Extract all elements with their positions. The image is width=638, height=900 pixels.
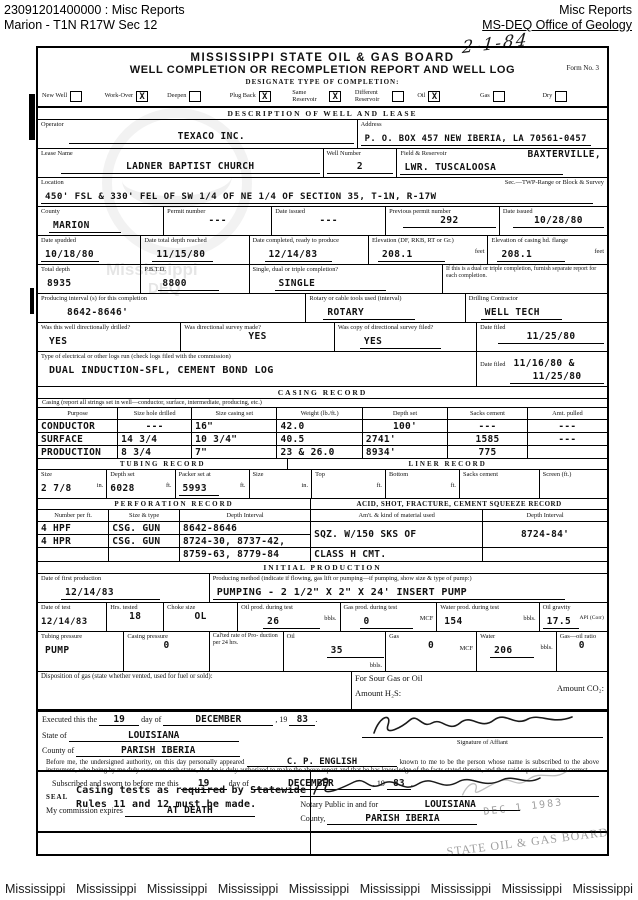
tubing-size-label: Size xyxy=(41,471,103,478)
county-of-label: County of xyxy=(42,746,74,755)
scan-artifact xyxy=(29,94,35,140)
gor-label: Gas—oil ratio xyxy=(560,633,604,640)
choke-value: OL xyxy=(167,611,234,623)
tubing-depth-unit: ft. xyxy=(166,482,172,489)
water-24-label: Water xyxy=(480,633,553,640)
plug-back-checkbox: X xyxy=(259,91,271,102)
contractor-label: Drilling Contractor xyxy=(469,295,604,302)
sour-gas-title: For Sour Gas or Oil xyxy=(355,673,604,683)
pbtd-field: P.B.T.D. 8800 xyxy=(140,265,248,293)
cell-hole: --- xyxy=(118,420,192,433)
cell-sacks: 775 xyxy=(448,446,528,459)
oil-24-unit: bbls. xyxy=(370,662,382,669)
previous-permit-label: Previous permit number xyxy=(389,208,496,215)
squeeze-row: CLASS H CMT. xyxy=(311,548,607,561)
address-value: P. O. BOX 457 NEW IBERIA, LA 70561-0457 xyxy=(361,133,591,146)
squeeze-interval: 8724-84' xyxy=(483,522,607,548)
perf-type: CSG. GUN xyxy=(109,522,180,535)
watermark-word: Mississippi xyxy=(431,882,491,896)
casing-row-conductor: CONDUCTOR --- 16" 42.0 100' --- --- xyxy=(38,420,607,433)
stamp-date: DEC 1 1983 xyxy=(428,791,618,825)
cell-purpose: PRODUCTION xyxy=(38,446,118,459)
form-title-block: MISSISSIPPI STATE OIL & GAS BOARD WELL C… xyxy=(38,48,607,88)
choke-label: Choke size xyxy=(167,604,234,611)
casing-record-table: Purpose Size hole drilled Size casing se… xyxy=(38,408,607,459)
perforation-squeeze-bar: PERFORATION RECORD ACID, SHOT, FRACTURE,… xyxy=(38,499,607,510)
perforation-header-row: Number per ft. Size & type Depth Interva… xyxy=(38,510,310,522)
cell-hole: 14 3/4 xyxy=(118,433,192,446)
section-squeeze-record: ACID, SHOT, FRACTURE, CEMENT SQUEEZE REC… xyxy=(311,499,607,509)
survey-filed-value: YES xyxy=(360,336,441,349)
liner-bottom-unit: ft. xyxy=(451,482,457,489)
dual-completion-note: If this is a dual or triple completion, … xyxy=(442,265,607,293)
elevation-unit: feet xyxy=(475,248,485,255)
first-production-field: Date of first production 12/14/83 xyxy=(38,574,209,602)
casing-row-surface: SURFACE 14 3/4 10 3/4" 40.5 2741' 1585 -… xyxy=(38,433,607,446)
logs-label: Type of electrical or other logs run (ch… xyxy=(41,353,473,360)
liner-size-label: Size xyxy=(253,471,309,478)
liner-screen-label: Screen (ft.) xyxy=(543,471,604,478)
county-of-value: PARISH IBERIA xyxy=(76,745,240,757)
gravity-unit: API (Corr) xyxy=(580,615,604,621)
water-test-label: Water prod. during test xyxy=(440,604,535,611)
perforation-squeeze-tables: Number per ft. Size & type Depth Interva… xyxy=(38,510,607,562)
bottom-watermark-row: Mississippi Mississippi Mississippi Miss… xyxy=(0,882,638,896)
same-reservoir-checkbox: X xyxy=(329,91,341,102)
checkbox-label: New Well xyxy=(42,93,67,100)
liner-sacks-label: Sacks cement xyxy=(463,471,536,478)
water-test-field: Water prod. during test 154 bbls. xyxy=(436,603,538,631)
casing-pressure-value: 0 xyxy=(127,640,205,652)
section-description-of-well: DESCRIPTION OF WELL AND LEASE xyxy=(38,108,607,120)
previous-date-issued-value: 10/28/80 xyxy=(513,215,604,228)
directional-survey-value: YES xyxy=(184,331,331,343)
rate-label: Cal'ted rate of Pro- duction per 24 hrs. xyxy=(213,633,280,647)
cell-sacks: 1585 xyxy=(448,433,528,446)
cell-pulled: --- xyxy=(527,420,607,433)
dry-checkbox xyxy=(555,91,567,102)
tubing-size-unit: in. xyxy=(97,482,104,489)
date-completed-value: 12/14/83 xyxy=(265,249,332,262)
cell-hole: 8 3/4 xyxy=(118,446,192,459)
county-label: County xyxy=(41,208,160,215)
previous-date-issued-label: Date issued xyxy=(503,208,604,215)
casing-col-set: Size casing set xyxy=(192,408,277,420)
survey-date-filed-value: 11/25/80 xyxy=(498,331,604,344)
scanned-document-page: 23091201400000 : Misc Reports Marion - T… xyxy=(0,0,638,900)
survey-filed-label: Was copy of directional survey filed? xyxy=(338,324,473,331)
sour-gas-field: For Sour Gas or Oil Amount H₂S: Amount C… xyxy=(351,672,607,709)
perf-interval: 8759-63, 8779-84 xyxy=(179,548,310,561)
liner-bottom-label: Bottom xyxy=(389,471,456,478)
elevation-casing-unit: feet xyxy=(594,248,604,255)
squeeze-interval xyxy=(483,548,607,561)
date-td-value: 11/15/80 xyxy=(152,249,213,262)
hrs-tested-label: Hrs. tested xyxy=(110,604,160,611)
casing-row-production: PRODUCTION 8 3/4 7" 23 & 26.0 8934' 775 xyxy=(38,446,607,459)
squeeze-material: CLASS H CMT. xyxy=(311,548,483,561)
test-date-field: Date of test 12/14/83 xyxy=(38,603,106,631)
location-row: LocationSec.—TWP-Range or Block & Survey… xyxy=(38,178,607,207)
different-reservoir-checkbox xyxy=(392,91,404,102)
affiant-signature xyxy=(368,711,578,741)
producing-method-label: Producing method (indicate if flowing, g… xyxy=(213,575,604,582)
gor-value: 0 xyxy=(560,640,604,652)
section-initial-production: INITIAL PRODUCTION xyxy=(38,562,607,574)
tools-field: Rotary or cable tools used (interval) RO… xyxy=(305,294,464,322)
operator-field: Operator TEXACO INC. xyxy=(38,120,357,148)
cell-pulled: --- xyxy=(527,433,607,446)
well-number-field: Well Number 2 xyxy=(323,149,397,177)
cell-sacks: --- xyxy=(448,420,528,433)
perf-number: 4 HPR xyxy=(38,535,109,548)
county-value: MARION xyxy=(49,220,121,233)
report-type: Misc Reports xyxy=(482,3,632,18)
section-liner-record: LINER RECORD xyxy=(288,459,607,469)
pbtd-label: P.B.T.D. xyxy=(144,266,245,273)
date-spudded-value: 10/18/80 xyxy=(41,249,99,262)
liner-screen-field: Screen (ft.) xyxy=(539,470,607,498)
elevation-value: 208.1 xyxy=(378,249,445,262)
cell-purpose: SURFACE xyxy=(38,433,118,446)
oil-test-value: 26 xyxy=(263,616,320,629)
county-line: County of PARISH IBERIA xyxy=(42,745,362,757)
first-production-value: 12/14/83 xyxy=(61,587,160,600)
county-field: County MARION xyxy=(38,207,163,235)
casing-pressure-field: Casing pressure 0 xyxy=(123,632,208,671)
state-line: State of LOUISIANA xyxy=(42,730,362,742)
elevation-casing-field: Elevation of casing hd. flange 208.1 fee… xyxy=(487,236,606,264)
producing-interval-label: Producing interval (s) for this completi… xyxy=(41,295,302,302)
casing-header-row: Purpose Size hole drilled Size casing se… xyxy=(38,408,607,420)
operator-label: Operator xyxy=(41,121,354,128)
contractor-field: Drilling Contractor WELL TECH xyxy=(465,294,607,322)
pressure-row: Tubing pressure PUMP Casing pressure 0 C… xyxy=(38,632,607,672)
date-issued-label: Date issued xyxy=(275,208,382,215)
checkbox-label: Dry xyxy=(543,93,553,100)
logs-field: Type of electrical or other logs run (ch… xyxy=(38,352,476,386)
executed-line: Executed this the 19 day of DECEMBER , 1… xyxy=(42,714,362,726)
squeeze-col-interval: Depth Interval xyxy=(483,510,607,522)
deepen-checkbox xyxy=(189,91,201,102)
total-depth-row: Total depth 8935 P.B.T.D. 8800 Single, d… xyxy=(38,265,607,294)
executed-year: 83 xyxy=(289,714,315,726)
oil-test-field: Oil prod. during test 26 bbls. xyxy=(237,603,339,631)
gravity-label: Oil gravity xyxy=(543,604,604,611)
test-date-label: Date of test xyxy=(41,604,103,611)
checkbox-label: Oil xyxy=(417,93,425,100)
first-production-row: Date of first production 12/14/83 Produc… xyxy=(38,574,607,603)
perf-type xyxy=(109,548,180,561)
casing-col-hole: Size hole drilled xyxy=(118,408,192,420)
directionally-drilled-value: YES xyxy=(49,336,67,348)
tubing-size-value: 2 7/8 xyxy=(41,483,72,495)
checkbox-group-plug-back: Plug Back X xyxy=(230,91,291,102)
field-value-line2: LWR. TUSCALOOSA xyxy=(400,162,563,175)
hrs-tested-field: Hrs. tested 18 xyxy=(106,603,163,631)
packer-label: Packer set at xyxy=(179,471,246,478)
operator-value: TEXACO INC. xyxy=(69,131,354,144)
viewer-header-right: Misc Reports MS-DEQ Office of Geology xyxy=(482,3,632,33)
cell-depth: 100' xyxy=(362,420,447,433)
gas-test-field: Gas prod. during test 0 MCF xyxy=(340,603,437,631)
checkbox-group-different-reservoir: Different Reservoir xyxy=(355,90,416,103)
completion-type-label: Single, dual or triple completion? xyxy=(253,266,439,273)
packer-value: 5993 xyxy=(179,483,219,496)
oil-24-field: Oil 35 bbls. xyxy=(283,632,385,671)
cell-depth: 2741' xyxy=(362,433,447,446)
survey-label: Sec.—TWP-Range or Block & Survey xyxy=(505,179,604,186)
cell-weight: 23 & 26.0 xyxy=(277,446,362,459)
cell-weight: 40.5 xyxy=(277,433,362,446)
permit-number-label: Permit number xyxy=(167,208,268,215)
water-24-field: Water 206 bbls. xyxy=(476,632,556,671)
gor-field: Gas—oil ratio 0 xyxy=(556,632,607,671)
watermark-word: Mississippi xyxy=(573,882,633,896)
gravity-field: Oil gravity 17.5 API (Corr) xyxy=(539,603,607,631)
directionally-drilled-field: Was this well directionally drilled? YES xyxy=(38,323,180,351)
permit-number-value: --- xyxy=(167,215,268,227)
checkbox-label: Same Reservoir xyxy=(292,90,326,103)
perf-interval: 8642-8646 xyxy=(179,522,310,535)
gravity-value: 17.5 xyxy=(543,616,580,629)
executed-yr-pre: , 19 xyxy=(275,715,287,724)
watermark-word: Mississippi xyxy=(289,882,349,896)
address-label: Address xyxy=(361,121,604,128)
perforation-table: Number per ft. Size & type Depth Interva… xyxy=(38,510,311,561)
stamp-board-name: STATE OIL & GAS BOARD xyxy=(432,823,622,861)
survey-date-filed-label: Date filed xyxy=(480,324,604,331)
directionally-drilled-label: Was this well directionally drilled? xyxy=(41,324,177,331)
checkbox-label: Deepen xyxy=(167,93,186,100)
water-24-value: 206 xyxy=(490,645,534,658)
completion-type-value: SINGLE xyxy=(275,278,387,291)
casing-col-purpose: Purpose xyxy=(38,408,118,420)
total-depth-label: Total depth xyxy=(41,266,137,273)
first-production-label: Date of first production xyxy=(41,575,206,582)
well-number-label: Well Number xyxy=(327,150,394,157)
section-perforation-record: PERFORATION RECORD xyxy=(38,499,311,509)
casing-col-sacks: Sacks cement xyxy=(448,408,528,420)
casing-tests-note: Casing tests as required by Statewide Ru… xyxy=(38,772,311,854)
checkbox-label: Gas xyxy=(480,93,490,100)
logs-date-filed-value2: 11/25/80 xyxy=(510,371,604,384)
gas-test-unit: MCF xyxy=(420,615,434,622)
liner-size-unit: in. xyxy=(302,482,309,489)
logs-value: DUAL INDUCTION-SFL, CEMENT BOND LOG xyxy=(49,365,274,377)
survey-filed-field: Was copy of directional survey filed? YE… xyxy=(334,323,476,351)
affidavit-para-pre: Before me, the undersigned authority, on… xyxy=(46,759,244,766)
cell-set: 7" xyxy=(192,446,277,459)
date-td-field: Date total depth reached 11/15/80 xyxy=(140,236,248,264)
oil-test-unit: bbls. xyxy=(324,615,336,622)
completion-type-field: Single, dual or triple completion? SINGL… xyxy=(249,265,442,293)
previous-permit-field: Previous permit number 292 xyxy=(385,207,499,235)
tubing-liner-bar: TUBING RECORD LINER RECORD xyxy=(38,459,607,470)
execution-block: Executed this the 19 day of DECEMBER , 1… xyxy=(42,714,362,757)
form-number: Form No. 3 xyxy=(567,64,599,72)
test-row: Date of test 12/14/83 Hrs. tested 18 Cho… xyxy=(38,603,607,632)
viewer-header-left: 23091201400000 : Misc Reports Marion - T… xyxy=(4,3,185,33)
well-completion-form: MISSISSIPPI STATE OIL & GAS BOARD WELL C… xyxy=(36,46,609,833)
elevation-label: Elevation (DF, RKB, RT or Gr.) xyxy=(372,237,484,244)
office-name: MS-DEQ Office of Geology xyxy=(482,18,632,33)
water-test-value: 154 xyxy=(444,616,462,628)
elevation-field: Elevation (DF, RKB, RT or Gr.) 208.1 fee… xyxy=(368,236,487,264)
checkbox-group-new-well: New Well xyxy=(42,91,103,102)
producing-interval-value: 8642-8646' xyxy=(67,307,128,319)
tools-label: Rotary or cable tools used (interval) xyxy=(309,295,461,302)
oil-checkbox: X xyxy=(428,91,440,102)
elevation-casing-label: Elevation of casing hd. flange xyxy=(491,237,603,244)
note-line1: Casing tests as required by Statewide xyxy=(76,784,310,798)
logs-date-filed-field: Date filed 11/16/80 & 11/25/80 xyxy=(476,352,607,386)
disposition-label: Disposition of gas (state whether vented… xyxy=(41,673,348,680)
executed-day: 19 xyxy=(99,714,139,726)
form-title-line2: WELL COMPLETION OR RECOMPLETION REPORT A… xyxy=(38,64,607,76)
checkbox-group-work-over: Work-Over X xyxy=(105,91,166,102)
lease-row: Lease Name LADNER BAPTIST CHURCH Well Nu… xyxy=(38,149,607,178)
date-td-label: Date total depth reached xyxy=(144,237,245,244)
affiant-signature-line xyxy=(362,714,603,738)
cell-set: 10 3/4" xyxy=(192,433,277,446)
document-id: 23091201400000 : Misc Reports xyxy=(4,3,185,18)
perf-col-interval: Depth Interval xyxy=(179,510,310,522)
watermark-word: Mississippi xyxy=(360,882,420,896)
liner-top-label: Top xyxy=(315,471,382,478)
total-depth-value: 8935 xyxy=(47,278,71,290)
executed-pre: Executed this the xyxy=(42,715,97,724)
county-permit-row: County MARION Permit number --- Date iss… xyxy=(38,207,607,236)
casing-col-pulled: Amt. pulled xyxy=(527,408,607,420)
tubing-pressure-field: Tubing pressure PUMP xyxy=(38,632,123,671)
date-completed-field: Date completed, ready to produce 12/14/8… xyxy=(249,236,368,264)
checkbox-label: Different Reservoir xyxy=(355,90,389,103)
squeeze-material: SQZ. W/150 SKS OF xyxy=(311,522,483,548)
gas-checkbox xyxy=(493,91,505,102)
watermark-word: Mississippi xyxy=(218,882,278,896)
h2s-label: Amount H₂S: xyxy=(355,688,401,698)
gas-test-label: Gas prod. during test xyxy=(344,604,434,611)
packer-unit: ft. xyxy=(240,482,246,489)
checkbox-group-dry: Dry xyxy=(543,91,604,102)
perforation-row: 8759-63, 8779-84 xyxy=(38,548,310,561)
packer-field: Packer set at 5993 ft. xyxy=(175,470,249,498)
permit-number-field: Permit number --- xyxy=(163,207,271,235)
affiant-signature-block: Signature of Affiant xyxy=(362,714,603,757)
water-24-unit: bbls. xyxy=(540,644,552,651)
watermark-word: Mississippi xyxy=(502,882,562,896)
directional-survey-label: Was directional survey made? xyxy=(184,324,331,331)
stamp-scrawl xyxy=(454,764,576,804)
viewer-header: 23091201400000 : Misc Reports Marion - T… xyxy=(0,0,638,33)
casing-col-weight: Weight (lb./ft.) xyxy=(277,408,362,420)
squeeze-table: Am't. & kind of material used Depth Inte… xyxy=(311,510,607,561)
checkbox-label: Work-Over xyxy=(105,93,134,100)
tubing-depth-field: Depth set 6028 ft. xyxy=(106,470,174,498)
test-date-value: 12/14/83 xyxy=(41,616,88,628)
cell-depth: 8934' xyxy=(362,446,447,459)
watermark-word: Mississippi xyxy=(147,882,207,896)
form-title-line1: MISSISSIPPI STATE OIL & GAS BOARD xyxy=(38,52,607,64)
lease-name-field: Lease Name LADNER BAPTIST CHURCH xyxy=(38,149,323,177)
directional-survey-field: Was directional survey made? YES xyxy=(180,323,334,351)
oil-test-label: Oil prod. during test xyxy=(241,604,336,611)
perf-col-number: Number per ft. xyxy=(38,510,109,522)
perf-type: CSG. GUN xyxy=(109,535,180,548)
logs-date-filed-label: Date filed xyxy=(480,361,505,368)
liner-size-field: Size in. xyxy=(249,470,312,498)
checkbox-group-same-reservoir: Same Reservoir X xyxy=(292,90,353,103)
disposition-row: Disposition of gas (state whether vented… xyxy=(38,672,607,710)
tubing-liner-row: Size 2 7/8 in. Depth set 6028 ft. Packer… xyxy=(38,470,607,499)
previous-permit-value: 292 xyxy=(403,215,496,228)
field-value-line1: BAXTERVILLE, xyxy=(528,149,601,161)
liner-bottom-field: Bottom ft. xyxy=(385,470,459,498)
location-label: LocationSec.—TWP-Range or Block & Survey xyxy=(41,179,604,186)
operator-address-row: Operator TEXACO INC. Address P. O. BOX 4… xyxy=(38,120,607,149)
cell-purpose: CONDUCTOR xyxy=(38,420,118,433)
checkbox-group-deepen: Deepen xyxy=(167,91,228,102)
lease-name-value: LADNER BAPTIST CHURCH xyxy=(61,161,320,174)
lease-name-label: Lease Name xyxy=(41,150,320,157)
perf-number xyxy=(38,548,109,561)
new-well-checkbox xyxy=(70,91,82,102)
checkbox-group-oil: Oil X xyxy=(417,91,478,102)
casing-pressure-label: Casing pressure xyxy=(127,633,205,640)
date-issued-value: --- xyxy=(275,215,382,227)
survey-date-filed-field: Date filed 11/25/80 xyxy=(476,323,607,351)
well-number-value: 2 xyxy=(327,161,394,174)
appeared-name: C. P. ENGLISH xyxy=(247,758,397,767)
perf-interval: 8724-30, 8737-42, xyxy=(179,535,310,548)
executed-month: DECEMBER xyxy=(163,714,273,726)
tubing-pressure-value: PUMP xyxy=(45,645,69,657)
scan-artifact xyxy=(30,288,34,314)
completion-type-checkboxes: New Well Work-Over X Deepen Plug Back X … xyxy=(38,88,607,108)
squeeze-row: SQZ. W/150 SKS OF 8724-84' xyxy=(311,522,607,548)
date-spudded-label: Date spudded xyxy=(41,237,137,244)
state-value: LOUISIANA xyxy=(69,730,239,742)
contractor-value: WELL TECH xyxy=(481,307,562,320)
designate-label: DESIGNATE TYPE OF COMPLETION: xyxy=(38,76,607,87)
date-issued-field: Date issued --- xyxy=(271,207,385,235)
casing-record-note: Casing (report all strings set in well—c… xyxy=(38,399,607,408)
directional-row: Was this well directionally drilled? YES… xyxy=(38,323,607,352)
co2-label: Amount CO₂: xyxy=(557,683,604,693)
gas-test-value: 0 xyxy=(360,616,414,629)
oil-24-label: Oil xyxy=(287,633,382,640)
rate-label-cell: Cal'ted rate of Pro- duction per 24 hrs. xyxy=(209,632,283,671)
checkbox-label: Plug Back xyxy=(230,93,256,100)
cell-pulled xyxy=(527,446,607,459)
perforation-row: 4 HPR CSG. GUN 8724-30, 8737-42, xyxy=(38,535,310,548)
note-line2: Rules 11 and 12 must be made. xyxy=(76,798,310,812)
disposition-field: Disposition of gas (state whether vented… xyxy=(38,672,351,709)
casing-tests-note-box: Casing tests as required by Statewide Ru… xyxy=(36,770,609,856)
casing-col-depth: Depth set xyxy=(362,408,447,420)
perf-col-type: Size & type xyxy=(109,510,180,522)
pbtd-value: 8800 xyxy=(158,278,219,291)
tubing-size-field: Size 2 7/8 in. xyxy=(38,470,106,498)
liner-top-field: Top ft. xyxy=(311,470,385,498)
hrs-tested-value: 18 xyxy=(110,611,160,623)
document-location: Marion - T1N R17W Sec 12 xyxy=(4,18,185,33)
section-tubing-record: TUBING RECORD xyxy=(38,459,288,469)
logs-date-filed-value1: 11/16/80 & xyxy=(514,358,575,370)
oil-24-value: 35 xyxy=(327,645,384,658)
checkbox-group-gas: Gas xyxy=(480,91,541,102)
